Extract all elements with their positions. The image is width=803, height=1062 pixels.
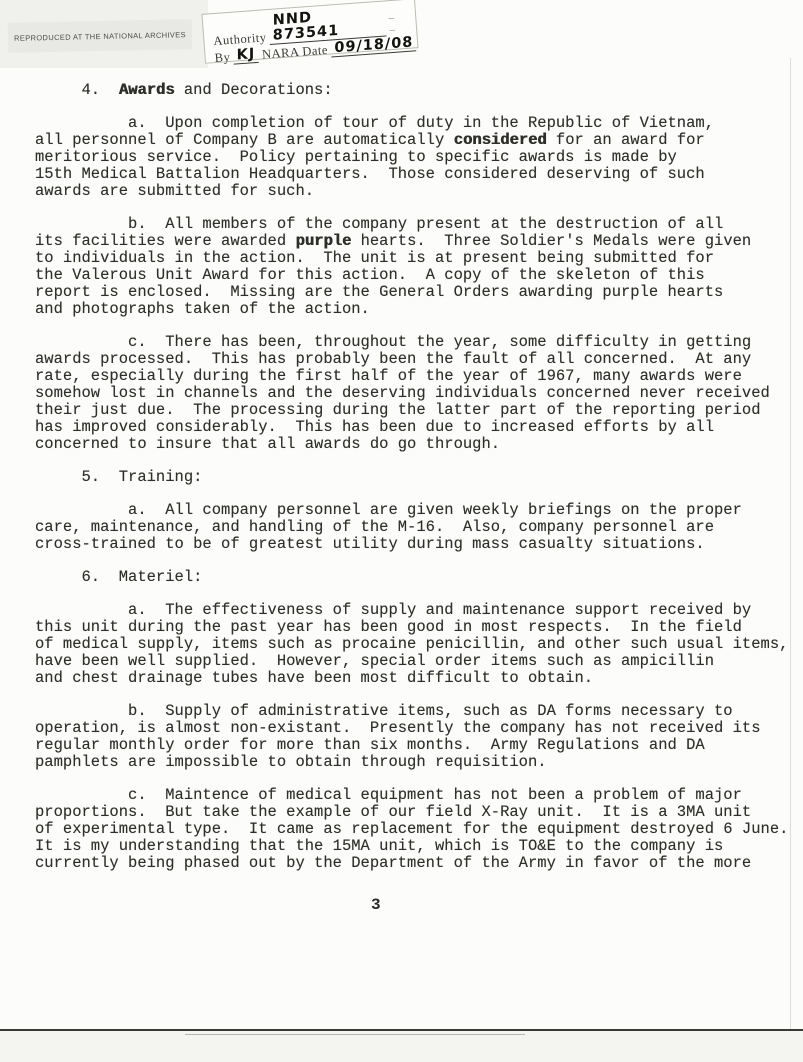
text-line: pamphlets are impossible to obtain throu…	[35, 754, 795, 771]
text-line: and chest drainage tubes have been most …	[35, 670, 795, 687]
text-line: operation, is almost non-existant. Prese…	[35, 720, 795, 737]
text-run: has improved considerably. This has been…	[35, 418, 714, 436]
overstruck-text: Awards	[119, 81, 175, 99]
text-run: 6. Materiel:	[35, 568, 202, 586]
by-label: By	[214, 50, 231, 66]
text-run: of medical supply, items such as procain…	[35, 635, 788, 653]
text-run: concerned to insure that all awards do g…	[35, 435, 500, 453]
national-archives-stamp: REPRODUCED AT THE NATIONAL ARCHIVES	[8, 19, 193, 53]
section-heading: 6. Materiel:	[35, 569, 795, 586]
nara-date-label: NARA Date	[262, 43, 329, 63]
section-heading: 5. Training:	[35, 469, 795, 486]
text-line: b. Supply of administrative items, such …	[35, 703, 795, 720]
text-line: 5. Training:	[35, 469, 795, 486]
text-line: and photographs taken of the action.	[35, 301, 795, 318]
text-run: awards processed. This has probably been…	[35, 350, 751, 368]
text-line: a. The effectiveness of supply and maint…	[35, 602, 795, 619]
text-run: and Decorations:	[175, 81, 333, 99]
text-run: pamphlets are impossible to obtain throu…	[35, 753, 547, 771]
text-run: care, maintenance, and handling of the M…	[35, 518, 714, 536]
text-line: their just due. The processing during th…	[35, 402, 795, 419]
text-run: currently being phased out by the Depart…	[35, 854, 751, 872]
text-line: of experimental type. It came as replace…	[35, 821, 795, 838]
text-run: and chest drainage tubes have been most …	[35, 669, 593, 687]
text-run: c. There has been, throughout the year, …	[35, 333, 751, 351]
date-handwritten: 09/18/08	[331, 35, 416, 57]
text-line: b. All members of the company present at…	[35, 216, 795, 233]
text-run: b. All members of the company present at…	[35, 215, 723, 233]
text-run: meritorious service. Policy pertaining t…	[35, 148, 677, 166]
text-run: regular monthly order for more than six …	[35, 736, 705, 754]
overstruck-text: purple	[295, 232, 351, 250]
text-run: b. Supply of administrative items, such …	[35, 702, 733, 720]
declassification-authority-stamp: Authority NND 873541 – – By KJ NARA Date…	[201, 0, 418, 64]
text-run: operation, is almost non-existant. Prese…	[35, 719, 761, 737]
text-run: proportions. But take the example of our…	[35, 803, 751, 821]
scan-bottom-edge-shadow	[185, 1034, 525, 1035]
text-run: for an award for	[547, 131, 705, 149]
text-line: awards are submitted for such.	[35, 183, 795, 200]
text-run: awards are submitted for such.	[35, 182, 314, 200]
text-line: c. Maintence of medical equipment has no…	[35, 787, 795, 804]
text-line: this unit during the past year has been …	[35, 619, 795, 636]
text-line: proportions. But take the example of our…	[35, 804, 795, 821]
text-line: have been well supplied. However, specia…	[35, 653, 795, 670]
paragraph: a. All company personnel are given weekl…	[35, 502, 795, 553]
overstruck-text: considered	[454, 131, 547, 149]
text-run: report is enclosed. Missing are the Gene…	[35, 283, 723, 301]
text-line: regular monthly order for more than six …	[35, 737, 795, 754]
text-line: its facilities were awarded purple heart…	[35, 233, 795, 250]
paragraph: b. Supply of administrative items, such …	[35, 703, 795, 771]
text-run: 5. Training:	[35, 468, 202, 486]
text-run: a. The effectiveness of supply and maint…	[35, 601, 751, 619]
text-run: the Valerous Unit Award for this action.…	[35, 266, 705, 284]
reviewer-initials-handwritten: KJ	[234, 47, 259, 65]
text-line: somehow lost in channels and the deservi…	[35, 385, 795, 402]
text-run: this unit during the past year has been …	[35, 618, 742, 636]
scan-bottom-edge-line	[0, 1029, 803, 1031]
text-line: cross-trained to be of greatest utility …	[35, 536, 795, 553]
paragraph: a. Upon completion of tour of duty in th…	[35, 115, 795, 200]
section-heading: 4. Awards and Decorations:	[35, 82, 795, 99]
text-line: concerned to insure that all awards do g…	[35, 436, 795, 453]
text-line: 4. Awards and Decorations:	[35, 82, 795, 99]
text-line: c. There has been, throughout the year, …	[35, 334, 795, 351]
paragraph: c. There has been, throughout the year, …	[35, 334, 795, 453]
text-run: cross-trained to be of greatest utility …	[35, 535, 705, 553]
text-run: all personnel of Company B are automatic…	[35, 131, 454, 149]
text-run: 15th Medical Battalion Headquarters. Tho…	[35, 165, 705, 183]
text-line: a. All company personnel are given weekl…	[35, 502, 795, 519]
text-line: of medical supply, items such as procain…	[35, 636, 795, 653]
text-run: and photographs taken of the action.	[35, 300, 370, 318]
text-run: their just due. The processing during th…	[35, 401, 761, 419]
text-line: to individuals in the action. The unit i…	[35, 250, 795, 267]
text-run: a. All company personnel are given weekl…	[35, 501, 742, 519]
scan-background-below-page	[0, 1031, 803, 1062]
text-run: It is my understanding that the 15MA uni…	[35, 837, 723, 855]
typewritten-document-body: 4. Awards and Decorations: a. Upon compl…	[35, 82, 795, 888]
text-line: awards processed. This has probably been…	[35, 351, 795, 368]
text-line: all personnel of Company B are automatic…	[35, 132, 795, 149]
text-line: report is enclosed. Missing are the Gene…	[35, 284, 795, 301]
paragraph: c. Maintence of medical equipment has no…	[35, 787, 795, 872]
text-line: rate, especially during the first half o…	[35, 368, 795, 385]
scanned-document-page: REPRODUCED AT THE NATIONAL ARCHIVES Auth…	[0, 0, 803, 1062]
text-line: currently being phased out by the Depart…	[35, 855, 795, 872]
text-line: 6. Materiel:	[35, 569, 795, 586]
text-run: of experimental type. It came as replace…	[35, 820, 788, 838]
text-run: to individuals in the action. The unit i…	[35, 249, 714, 267]
underline-dashes: – –	[385, 11, 409, 37]
paragraph: a. The effectiveness of supply and maint…	[35, 602, 795, 687]
paragraph: b. All members of the company present at…	[35, 216, 795, 318]
text-line: the Valerous Unit Award for this action.…	[35, 267, 795, 284]
text-run: a. Upon completion of tour of duty in th…	[35, 114, 714, 132]
text-line: 15th Medical Battalion Headquarters. Tho…	[35, 166, 795, 183]
text-run: its facilities were awarded	[35, 232, 295, 250]
text-line: a. Upon completion of tour of duty in th…	[35, 115, 795, 132]
text-line: It is my understanding that the 15MA uni…	[35, 838, 795, 855]
scan-right-edge-line	[790, 58, 791, 1030]
text-line: meritorious service. Policy pertaining t…	[35, 149, 795, 166]
text-run: hearts. Three Soldier's Medals were give…	[351, 232, 751, 250]
text-run: rate, especially during the first half o…	[35, 367, 742, 385]
page-number-label: 3	[371, 896, 381, 914]
text-line: has improved considerably. This has been…	[35, 419, 795, 436]
text-run: c. Maintence of medical equipment has no…	[35, 786, 742, 804]
text-run: somehow lost in channels and the deservi…	[35, 384, 770, 402]
text-run: have been well supplied. However, specia…	[35, 652, 714, 670]
national-archives-stamp-text: REPRODUCED AT THE NATIONAL ARCHIVES	[14, 30, 186, 43]
text-line: care, maintenance, and handling of the M…	[35, 519, 795, 536]
text-run: 4.	[35, 81, 119, 99]
